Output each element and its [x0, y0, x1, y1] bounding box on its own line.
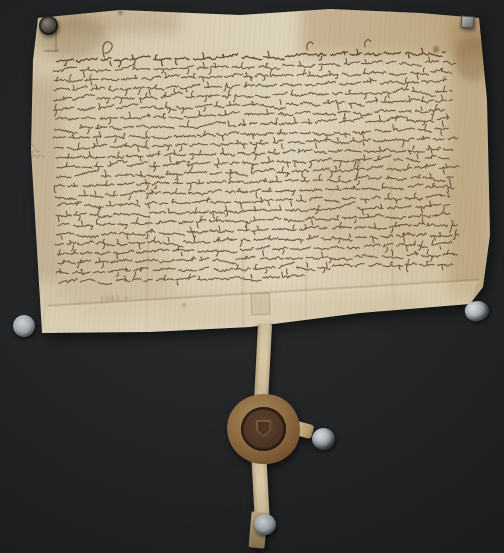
tag-shading [254, 324, 272, 403]
metal-weight-beside-seal [312, 428, 335, 450]
seal-tag-upper [254, 324, 272, 403]
photograph: 1043 + [0, 0, 504, 553]
metal-weight-top-right [461, 15, 475, 28]
metal-weight-bottom-left [13, 315, 35, 337]
tag-shading [251, 456, 269, 519]
metal-weight-on-tag [254, 514, 276, 535]
seal-tag-lower [251, 456, 269, 519]
seal-assembly [0, 0, 504, 553]
metal-weight-top-left [39, 16, 58, 35]
